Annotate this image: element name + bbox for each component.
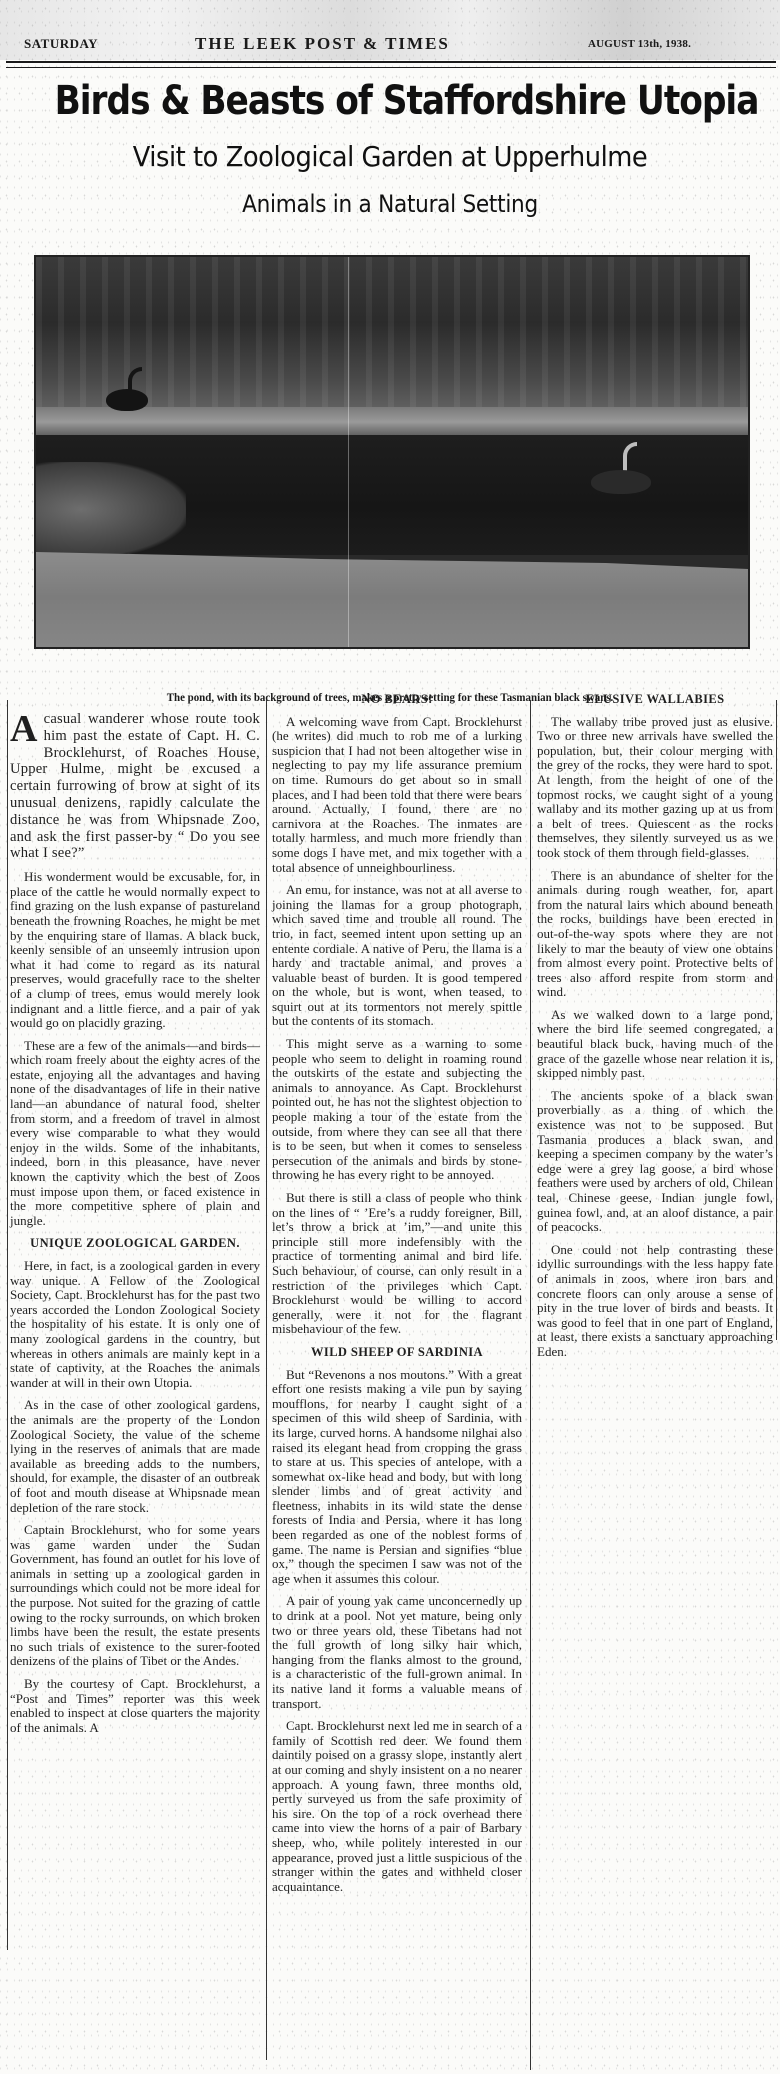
body-paragraph: A welcoming wave from Capt. Brocklehurst… [272, 715, 522, 876]
article-column-1: A casual wanderer whose route took him p… [10, 711, 260, 1743]
swan-body [591, 470, 651, 494]
section-subhead: WILD SHEEP OF SARDINIA [272, 1345, 522, 1360]
lead-text: casual wanderer whose route took him pas… [10, 711, 260, 861]
masthead-rule [6, 61, 776, 68]
masthead-paper-name: THE LEEK POST & TIMES [195, 34, 450, 54]
lead-paragraph: A casual wanderer whose route took him p… [10, 711, 260, 862]
column-rule [7, 700, 8, 1950]
body-paragraph: This might serve as a warning to some pe… [272, 1037, 522, 1183]
photo-crease [348, 257, 349, 647]
masthead: SATURDAY THE LEEK POST & TIMES AUGUST 13… [10, 34, 775, 60]
body-paragraph: But “Revenons a nos moutons.” With a gre… [272, 1368, 522, 1587]
section-subhead: NO BEARS! [272, 692, 522, 707]
column-rule [266, 700, 267, 2060]
body-paragraph: His wonderment would be excusable, for, … [10, 870, 260, 1031]
photo-foreground-grass [36, 547, 748, 647]
body-paragraph: As we walked down to a large pond, where… [537, 1008, 773, 1081]
swan-body [106, 389, 148, 411]
section-subhead: UNIQUE ZOOLOGICAL GARDEN. [10, 1236, 260, 1251]
drop-cap: A [10, 713, 38, 745]
body-paragraph: An emu, for instance, was not at all ave… [272, 883, 522, 1029]
column-rule [776, 700, 777, 1340]
newspaper-page: SATURDAY THE LEEK POST & TIMES AUGUST 13… [0, 0, 780, 2074]
photo-far-bank [36, 407, 748, 437]
body-paragraph: These are a few of the animals—and birds… [10, 1039, 260, 1229]
article-column-3: ELUSIVE WALLABIES The wallaby tribe prov… [537, 692, 773, 1368]
article-column-2: NO BEARS! A welcoming wave from Capt. Br… [272, 692, 522, 1902]
main-headline: Birds & Beasts of Staffordshire Utopia [55, 78, 726, 124]
body-paragraph: By the courtesy of Capt. Brocklehurst, a… [10, 1677, 260, 1735]
body-paragraph: Captain Brocklehurst, who for some years… [10, 1523, 260, 1669]
column-rule [530, 700, 531, 2070]
body-paragraph: Capt. Brocklehurst next led me in search… [272, 1719, 522, 1894]
swan-pond-photo [34, 255, 750, 649]
masthead-date: AUGUST 13th, 1938. [588, 38, 691, 50]
body-paragraph: The wallaby tribe proved just as elusive… [537, 715, 773, 861]
photo-left-bank [36, 462, 186, 557]
masthead-day: SATURDAY [24, 36, 98, 52]
body-paragraph: One could not help contrasting these idy… [537, 1243, 773, 1360]
body-paragraph: As in the case of other zoological garde… [10, 1398, 260, 1515]
deck-headline: Animals in a Natural Setting [39, 190, 741, 218]
body-paragraph: There is an abundance of shelter for the… [537, 869, 773, 1000]
body-paragraph: But there is still a class of people who… [272, 1191, 522, 1337]
sub-headline: Visit to Zoological Garden at Upperhulme [31, 140, 749, 173]
section-subhead: ELUSIVE WALLABIES [537, 692, 773, 707]
body-paragraph: Here, in fact, is a zoological garden in… [10, 1259, 260, 1390]
body-paragraph: The ancients spoke of a black swan prove… [537, 1089, 773, 1235]
body-paragraph: A pair of young yak came unconcernedly u… [272, 1594, 522, 1711]
